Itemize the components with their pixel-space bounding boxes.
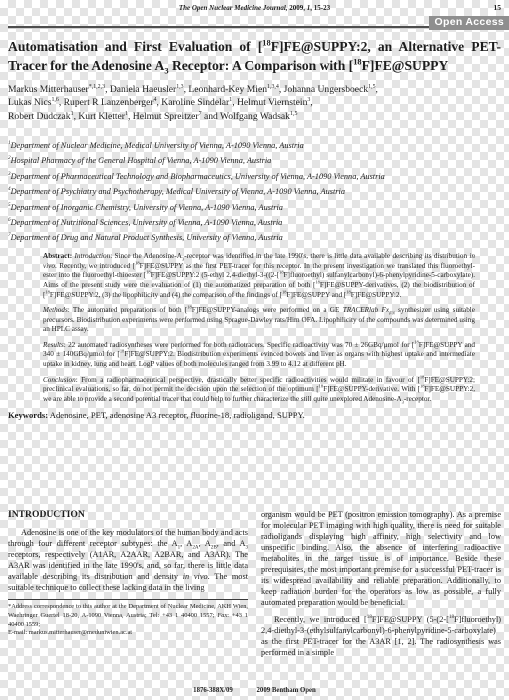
abstract-conclusion: Conclusion: From a radiopharmaceutical p… (43, 376, 475, 405)
affiliation-6: 6Department of Nutritional Sciences, Uni… (8, 218, 501, 228)
article-title: Automatisation and First Evaluation of [… (8, 37, 501, 76)
correspondence-footnote: *Address correspondence to this author a… (8, 599, 248, 638)
header-rule (8, 26, 501, 29)
affiliation-4: 4Department of Psychiatry and Psychother… (8, 187, 501, 197)
running-head: The Open Nuclear Medicine Journal, 2009,… (8, 3, 501, 13)
introduction-paragraph-2: organism would be PET (positron emission… (261, 509, 501, 608)
publisher-credit: 2009 Bentham Open (257, 687, 316, 694)
transparency-checkerboard: { "colors": { "badge_background": "#8e8e… (0, 0, 509, 700)
abstract-methods: Methods: The automated preparations of b… (43, 306, 475, 335)
affiliation-1: 1Department of Nuclear Medicine, Medical… (8, 141, 501, 151)
keywords-line: Keywords: Adenosine, PET, adenosine A3 r… (8, 410, 501, 421)
open-access-badge: Open Access (429, 16, 509, 30)
issn-code: 1876-388X/09 (193, 687, 233, 694)
journal-citation: The Open Nuclear Medicine Journal, 2009,… (179, 4, 330, 12)
page-footer: 1876-388X/09 2009 Bentham Open (0, 687, 509, 694)
affiliation-3: 3Department of Pharmaceutical Technology… (8, 172, 501, 182)
affiliation-7: 7Department of Drug and Natural Product … (8, 233, 501, 243)
introduction-paragraph-1: Adenosine is one of the key modulators o… (8, 527, 248, 593)
author-list: Markus Mitterhauser*,1,2,3, Daniela Haeu… (8, 83, 501, 123)
introduction-paragraph-3: Recently, we introduced [18F]FE@SUPPY (5… (261, 614, 501, 658)
abstract-introduction: Abstract: Introduction: Since the Adenos… (43, 252, 475, 300)
abstract-results: Results: 22 automated radiosyntheses wer… (43, 341, 475, 370)
left-column: INTRODUCTION Adenosine is one of the key… (8, 509, 248, 687)
section-heading-introduction: INTRODUCTION (8, 509, 248, 520)
paper-page: The Open Nuclear Medicine Journal, 2009,… (0, 0, 509, 700)
page-number: 15 (494, 3, 502, 13)
affiliation-5: 5Department of Inorganic Chemistry, Univ… (8, 203, 501, 213)
body-columns: INTRODUCTION Adenosine is one of the key… (8, 509, 501, 687)
affiliation-list: 1Department of Nuclear Medicine, Medical… (8, 141, 501, 243)
right-column: organism would be PET (positron emission… (261, 509, 501, 687)
abstract-block: Abstract: Introduction: Since the Adenos… (43, 252, 475, 404)
affiliation-2: 2Hospital Pharmacy of the General Hospit… (8, 156, 501, 166)
